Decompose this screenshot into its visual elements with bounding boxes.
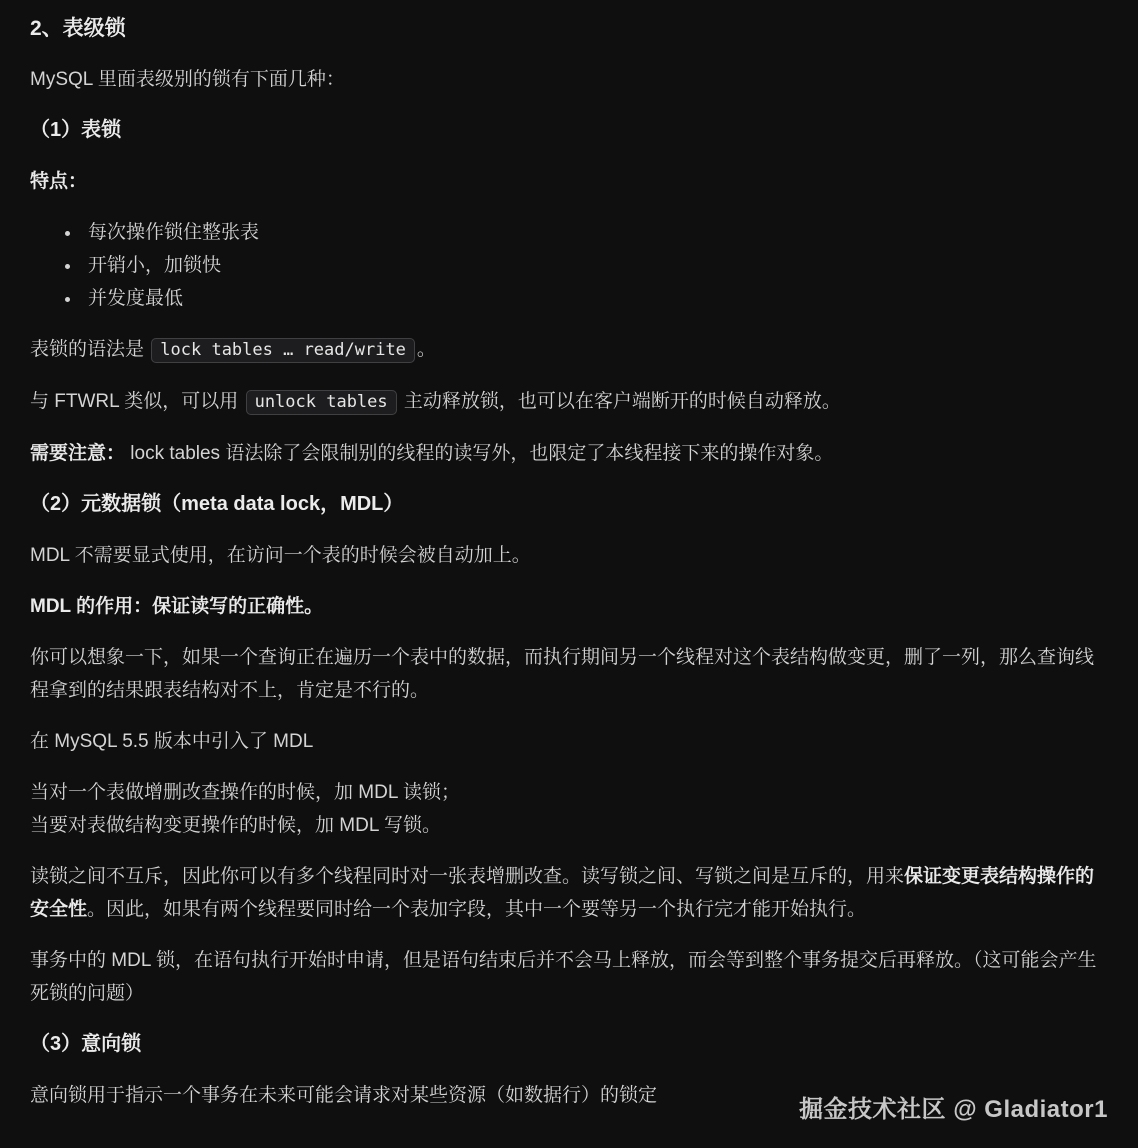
paragraph-mdl-example: 你可以想象一下，如果一个查询正在遍历一个表中的数据，而执行期间另一个线程对这个表… <box>30 641 1110 707</box>
feature-list: 每次操作锁住整张表开销小，加锁快并发度最低 <box>30 216 1110 315</box>
text-segment: 与 FTWRL 类似，可以用 <box>30 391 244 412</box>
subsection-heading-table-lock: （1）表锁 <box>30 114 1110 147</box>
label-features: 特点： <box>30 165 1110 198</box>
text-segment: 。 <box>417 339 436 360</box>
section-heading-table-level-lock: 2、表级锁 <box>30 12 1110 45</box>
paragraph-lock-mutual-exclusion: 读锁之间不互斥，因此你可以有多个线程同时对一张表增删改查。读写锁之间、写锁之间是… <box>30 860 1110 926</box>
list-item: 每次操作锁住整张表 <box>82 216 1110 249</box>
bold-text: 需要注意： <box>30 443 125 464</box>
text-segment: 读锁之间不互斥，因此你可以有多个线程同时对一张表增删改查。读写锁之间、写锁之间是… <box>30 866 904 887</box>
page-background: { "page": { "background_color": "#0f0f10… <box>0 0 1138 1148</box>
article: 2、表级锁 MySQL 里面表级别的锁有下面几种： （1）表锁 特点： 每次操作… <box>0 0 1138 1112</box>
paragraph-table-lock-syntax: 表锁的语法是 lock tables … read/write。 <box>30 333 1110 367</box>
paragraph-mdl-purpose: MDL 的作用：保证读写的正确性。 <box>30 590 1110 623</box>
watermark: 掘金技术社区 @ Gladiator1 <box>799 1093 1108 1126</box>
text-segment: lock tables 语法除了会限制别的线程的读写外，也限定了本线程接下来的操… <box>125 443 833 464</box>
inline-code: unlock tables <box>246 390 397 415</box>
list-item: 并发度最低 <box>82 282 1110 315</box>
paragraph-unlock-tables: 与 FTWRL 类似，可以用 unlock tables 主动释放锁，也可以在客… <box>30 385 1110 419</box>
text-segment: 。因此，如果有两个线程要同时给一个表加字段，其中一个要等另一个执行完才能开始执行… <box>87 899 866 920</box>
paragraph-intro: MySQL 里面表级别的锁有下面几种： <box>30 63 1110 96</box>
paragraph-mdl-read-write-lock: 当对一个表做增删改查操作的时候，加 MDL 读锁； 当要对表做结构变更操作的时候… <box>30 776 1110 842</box>
paragraph-mdl-transaction: 事务中的 MDL 锁，在语句执行开始时申请，但是语句结束后并不会马上释放，而会等… <box>30 944 1110 1010</box>
text-segment: 表锁的语法是 <box>30 339 149 360</box>
inline-code: lock tables … read/write <box>151 338 415 363</box>
paragraph-mdl-implicit: MDL 不需要显式使用，在访问一个表的时候会被自动加上。 <box>30 539 1110 572</box>
subsection-heading-intention-lock: （3）意向锁 <box>30 1028 1110 1061</box>
subsection-heading-mdl: （2）元数据锁（meta data lock，MDL） <box>30 488 1110 521</box>
list-item: 开销小，加锁快 <box>82 249 1110 282</box>
paragraph-attention-note: 需要注意： lock tables 语法除了会限制别的线程的读写外，也限定了本线… <box>30 437 1110 470</box>
paragraph-mdl-introduced: 在 MySQL 5.5 版本中引入了 MDL <box>30 725 1110 758</box>
text-segment: 主动释放锁，也可以在客户端断开的时候自动释放。 <box>399 391 841 412</box>
